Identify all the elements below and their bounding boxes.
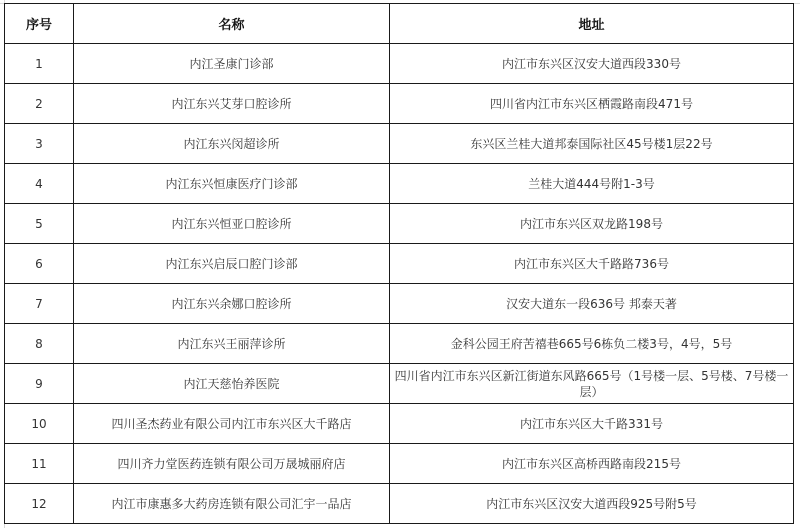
cell-address: 内江市东兴区汉安大道西段925号附5号 [390,484,794,524]
cell-no: 1 [5,44,74,84]
cell-no: 4 [5,164,74,204]
table-row: 8内江东兴王丽萍诊所金科公园王府苦禧巷665号6栋负二楼3号，4号，5号 [5,324,794,364]
table-row: 7内江东兴余娜口腔诊所汉安大道东一段636号 邦泰天著 [5,284,794,324]
table-row: 6内江东兴启辰口腔门诊部内江市东兴区大千路路736号 [5,244,794,284]
cell-no: 9 [5,364,74,404]
header-name: 名称 [74,4,390,44]
cell-name: 内江圣康门诊部 [74,44,390,84]
cell-address: 金科公园王府苦禧巷665号6栋负二楼3号，4号，5号 [390,324,794,364]
header-address: 地址 [390,4,794,44]
table-row: 5内江东兴恒亚口腔诊所内江市东兴区双龙路198号 [5,204,794,244]
cell-address: 四川省内江市东兴区栖霞路南段471号 [390,84,794,124]
table-row: 3内江东兴闵超诊所东兴区兰桂大道邦泰国际社区45号楼1层22号 [5,124,794,164]
table-row: 9内江天慈怡养医院四川省内江市东兴区新江街道东风路665号（1号楼一层、5号楼、… [5,364,794,404]
cell-address: 东兴区兰桂大道邦泰国际社区45号楼1层22号 [390,124,794,164]
clinic-table: 序号 名称 地址 1内江圣康门诊部内江市东兴区汉安大道西段330号 2内江东兴艾… [4,3,794,524]
cell-no: 12 [5,484,74,524]
cell-name: 内江东兴恒康医疗门诊部 [74,164,390,204]
cell-address: 汉安大道东一段636号 邦泰天著 [390,284,794,324]
cell-no: 5 [5,204,74,244]
cell-no: 10 [5,404,74,444]
cell-no: 8 [5,324,74,364]
cell-address: 兰桂大道444号附1-3号 [390,164,794,204]
cell-name: 四川齐力堂医药连锁有限公司万晟城丽府店 [74,444,390,484]
header-no: 序号 [5,4,74,44]
table-row: 2内江东兴艾芽口腔诊所四川省内江市东兴区栖霞路南段471号 [5,84,794,124]
cell-name: 内江东兴闵超诊所 [74,124,390,164]
cell-name: 内江东兴余娜口腔诊所 [74,284,390,324]
cell-name: 四川圣杰药业有限公司内江市东兴区大千路店 [74,404,390,444]
cell-name: 内江市康惠多大药房连锁有限公司汇宇一品店 [74,484,390,524]
cell-name: 内江东兴艾芽口腔诊所 [74,84,390,124]
cell-no: 11 [5,444,74,484]
table-row: 1内江圣康门诊部内江市东兴区汉安大道西段330号 [5,44,794,84]
header-row: 序号 名称 地址 [5,4,794,44]
cell-address: 内江市东兴区大千路331号 [390,404,794,444]
table-row: 11四川齐力堂医药连锁有限公司万晟城丽府店内江市东兴区高桥西路南段215号 [5,444,794,484]
cell-address: 四川省内江市东兴区新江街道东风路665号（1号楼一层、5号楼、7号楼一层） [390,364,794,404]
table-row: 10四川圣杰药业有限公司内江市东兴区大千路店内江市东兴区大千路331号 [5,404,794,444]
cell-name: 内江东兴王丽萍诊所 [74,324,390,364]
cell-address: 内江市东兴区大千路路736号 [390,244,794,284]
table-row: 12内江市康惠多大药房连锁有限公司汇宇一品店内江市东兴区汉安大道西段925号附5… [5,484,794,524]
table-row: 4内江东兴恒康医疗门诊部兰桂大道444号附1-3号 [5,164,794,204]
cell-address: 内江市东兴区双龙路198号 [390,204,794,244]
cell-name: 内江东兴恒亚口腔诊所 [74,204,390,244]
cell-name: 内江东兴启辰口腔门诊部 [74,244,390,284]
cell-name: 内江天慈怡养医院 [74,364,390,404]
cell-no: 6 [5,244,74,284]
cell-address: 内江市东兴区高桥西路南段215号 [390,444,794,484]
cell-address: 内江市东兴区汉安大道西段330号 [390,44,794,84]
cell-no: 3 [5,124,74,164]
cell-no: 7 [5,284,74,324]
cell-no: 2 [5,84,74,124]
